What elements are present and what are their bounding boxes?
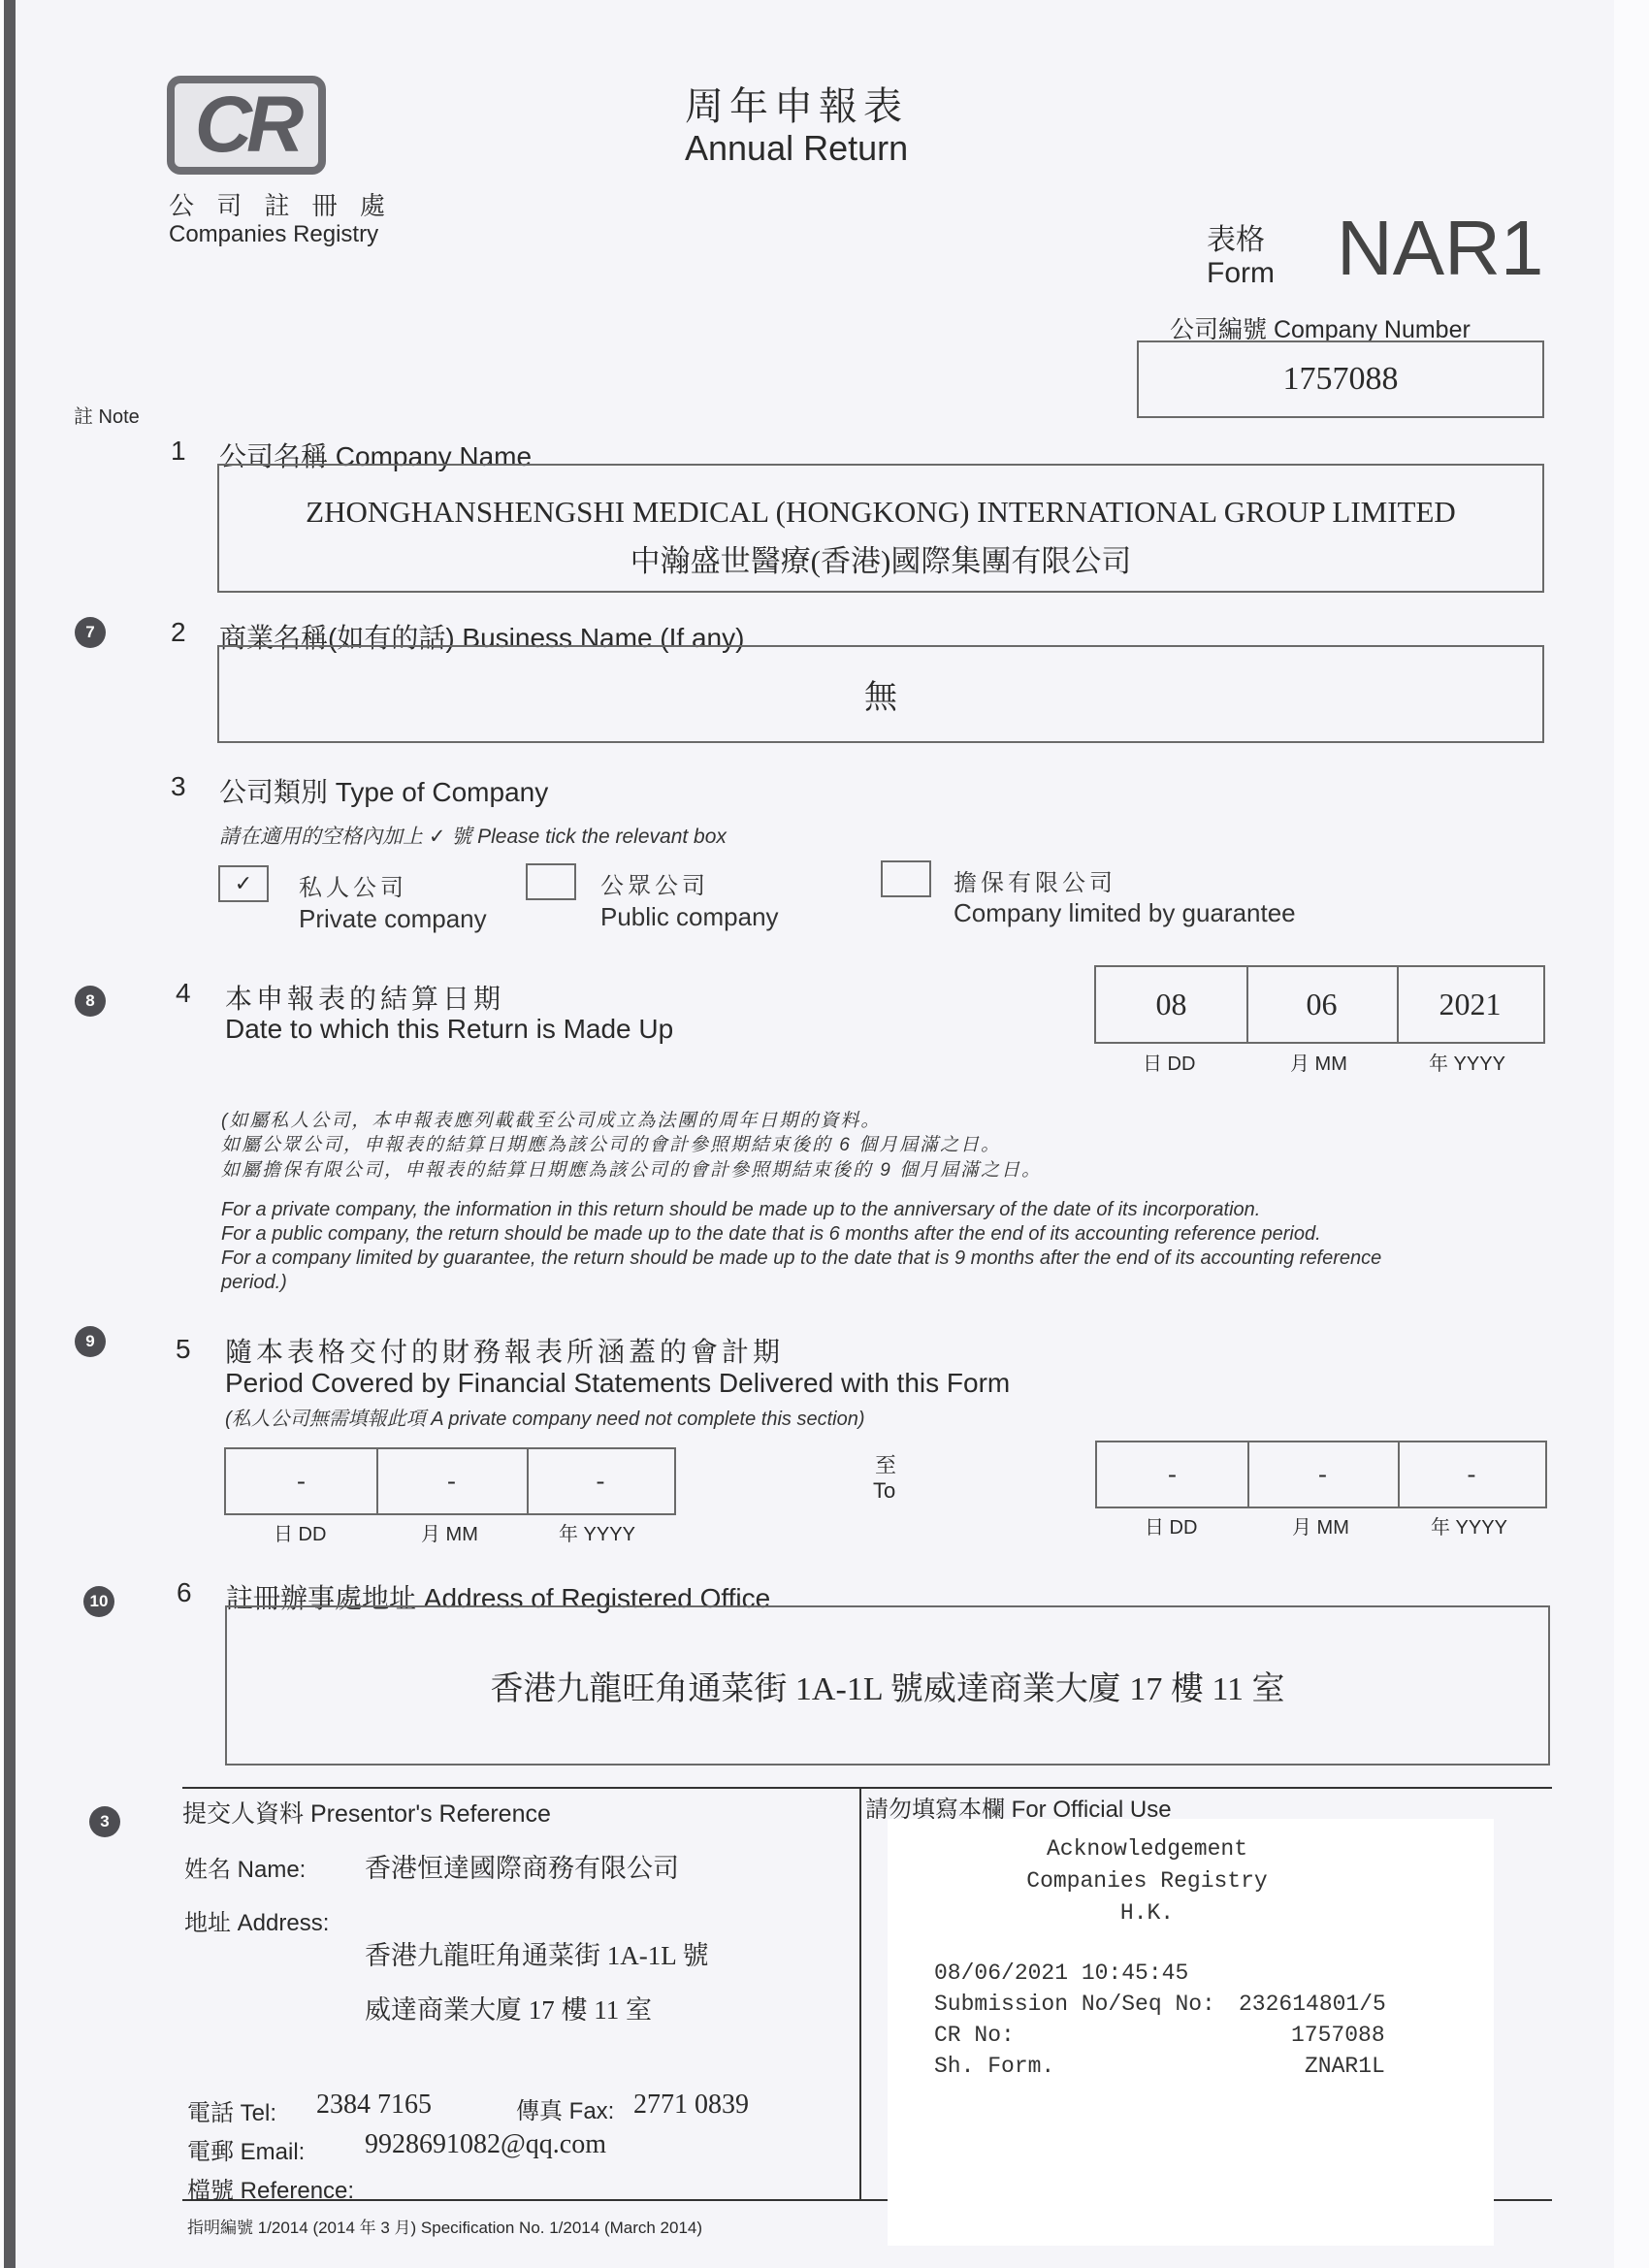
year-label: 年 YYYY — [1429, 1048, 1505, 1076]
presenter-fax: 2771 0839 — [633, 2090, 749, 2121]
registered-office-field[interactable]: 香港九龍旺角通菜街 1A-1L 號威達商業大廈 17 樓 11 室 — [225, 1605, 1550, 1766]
note-badge-9: 9 — [75, 1326, 106, 1357]
presenter-title: 提交人資料 Presentor's Reference — [182, 1795, 551, 1830]
company-number-field[interactable]: 1757088 — [1137, 340, 1544, 418]
period-to-day[interactable]: - — [1097, 1442, 1249, 1507]
return-date-field[interactable]: 08 06 2021 — [1094, 965, 1545, 1044]
day-label: 日 DD — [1143, 1048, 1195, 1076]
return-note-en-2: For a public company, the return should … — [221, 1223, 1321, 1246]
financial-period-sublabel: (私人公司無需填報此項 A private company need not c… — [225, 1403, 865, 1431]
presenter-email: 9928691082@qq.com — [365, 2129, 606, 2160]
guarantee-company-label-en: Company limited by guarantee — [954, 898, 1296, 928]
return-note-en-1: For a private company, the information i… — [221, 1199, 1260, 1221]
guarantee-company-label-zh: 擔保有限公司 — [954, 863, 1116, 897]
public-company-label-en: Public company — [600, 902, 779, 932]
receipt-submission-value: 232614801/5 — [1239, 1992, 1386, 2017]
note-badge-3: 3 — [89, 1806, 120, 1837]
period-from-month[interactable]: - — [376, 1449, 529, 1513]
acknowledgement-receipt: Acknowledgement Companies Registry H.K. … — [888, 1819, 1494, 2246]
registry-name-zh: 公 司 註 冊 處 — [169, 186, 393, 222]
period-to-month[interactable]: - — [1247, 1442, 1400, 1507]
section-1-number: 1 — [171, 436, 186, 467]
private-company-checkbox[interactable]: ✓ — [218, 865, 269, 902]
return-note-zh-2: 如屬公眾公司，申報表的結算日期應為該公司的會計參照期結束後的 6 個月屆滿之日。 — [221, 1130, 1001, 1156]
presenter-tel: 2384 7165 — [316, 2090, 432, 2121]
to-month-label: 月 MM — [1292, 1511, 1349, 1539]
receipt-form-value: ZNAR1L — [1305, 2054, 1385, 2079]
private-company-label-en: Private company — [299, 904, 487, 934]
presenter-reference-label: 檔號 Reference: — [187, 2171, 354, 2205]
receipt-line-3: H.K. — [888, 1900, 1406, 1926]
return-date-month[interactable]: 06 — [1246, 967, 1399, 1042]
period-to-year[interactable]: - — [1398, 1442, 1545, 1507]
return-note-en-4: period.) — [221, 1272, 287, 1294]
note-badge-7: 7 — [75, 617, 106, 648]
company-number-value: 1757088 — [1283, 361, 1399, 398]
section-4-number: 4 — [176, 978, 191, 1009]
presenter-name-label: 姓名 Name: — [184, 1850, 306, 1884]
receipt-form-label: Sh. Form. — [934, 2054, 1054, 2079]
to-label-en: To — [873, 1478, 895, 1504]
receipt-submission-label: Submission No/Seq No: — [934, 1992, 1215, 2017]
month-label: 月 MM — [1290, 1048, 1347, 1076]
companies-registry-logo: CR — [167, 76, 326, 175]
financial-period-label-zh: 隨本表格交付的財務報表所涵蓋的會計期 — [225, 1331, 784, 1370]
company-name-zh: 中瀚盛世醫療(香港)國際集團有限公司 — [219, 536, 1542, 580]
scan-edge — [4, 0, 16, 2268]
financial-period-label-en: Period Covered by Financial Statements D… — [225, 1368, 1010, 1399]
from-year-label: 年 YYYY — [559, 1518, 635, 1546]
registered-office-value: 香港九龍旺角通菜街 1A-1L 號威達商業大廈 17 樓 11 室 — [490, 1662, 1284, 1709]
private-company-label-zh: 私人公司 — [299, 868, 407, 902]
receipt-cr-value: 1757088 — [1291, 2023, 1385, 2048]
period-to-field[interactable]: - - - — [1095, 1441, 1547, 1508]
note-badge-10: 10 — [83, 1586, 114, 1617]
business-name-value: 無 — [864, 670, 897, 718]
presenter-fax-label: 傳真 Fax: — [516, 2091, 614, 2125]
check-mark-icon: ✓ — [235, 871, 252, 896]
section-2-number: 2 — [171, 617, 186, 648]
business-name-field[interactable]: 無 — [217, 645, 1544, 743]
receipt-timestamp: 08/06/2021 10:45:45 — [934, 1960, 1188, 1986]
from-day-label: 日 DD — [274, 1518, 326, 1546]
note-badge-8: 8 — [75, 986, 106, 1017]
guarantee-company-checkbox[interactable] — [881, 860, 931, 897]
form-title-zh: 周年申報表 — [685, 76, 908, 131]
return-date-day[interactable]: 08 — [1096, 967, 1248, 1042]
form-code: NAR1 — [1337, 204, 1543, 293]
return-note-zh-1: (如屬私人公司，本申報表應列載截至公司成立為法團的周年日期的資料。 — [221, 1106, 881, 1132]
receipt-line-2: Companies Registry — [888, 1868, 1406, 1894]
registry-name-en: Companies Registry — [169, 221, 378, 248]
public-company-label-zh: 公眾公司 — [600, 866, 709, 900]
note-column-label: 註 Note — [74, 401, 140, 429]
section-3-number: 3 — [171, 771, 186, 802]
form-title-en: Annual Return — [685, 128, 908, 169]
return-date-year[interactable]: 2021 — [1397, 967, 1543, 1042]
presenter-divider — [859, 1787, 861, 2199]
company-type-label: 公司類別 Type of Company — [219, 771, 548, 810]
public-company-checkbox[interactable] — [526, 863, 576, 900]
presenter-top-rule — [182, 1787, 1552, 1789]
form-label-zh: 表格 — [1207, 215, 1265, 258]
receipt-line-1: Acknowledgement — [888, 1836, 1406, 1862]
company-name-en: ZHONGHANSHENGSHI MEDICAL (HONGKONG) INTE… — [219, 495, 1542, 530]
to-year-label: 年 YYYY — [1431, 1511, 1507, 1539]
section-6-number: 6 — [177, 1577, 192, 1608]
period-from-field[interactable]: - - - — [224, 1447, 676, 1515]
specification-footer: 指明編號 1/2014 (2014 年 3 月) Specification N… — [187, 2214, 702, 2238]
period-from-year[interactable]: - — [527, 1449, 674, 1513]
return-note-zh-3: 如屬擔保有限公司，申報表的結算日期應為該公司的會計參照期結束後的 9 個月屆滿之… — [221, 1155, 1042, 1182]
receipt-cr-label: CR No: — [934, 2023, 1015, 2048]
return-note-en-3: For a company limited by guarantee, the … — [221, 1247, 1381, 1270]
return-date-label-zh: 本申報表的結算日期 — [225, 978, 504, 1017]
company-name-field[interactable]: ZHONGHANSHENGSHI MEDICAL (HONGKONG) INTE… — [217, 464, 1544, 593]
presenter-address-label: 地址 Address: — [184, 1903, 329, 1937]
presenter-tel-label: 電話 Tel: — [187, 2093, 276, 2127]
to-label-zh: 至 — [875, 1449, 896, 1479]
from-month-label: 月 MM — [421, 1518, 478, 1546]
form-label-en: Form — [1207, 257, 1275, 290]
presenter-name: 香港恒達國際商務有限公司 — [365, 1847, 679, 1885]
to-day-label: 日 DD — [1145, 1511, 1197, 1539]
company-type-instruction: 請在適用的空格內加上 ✓ 號 Please tick the relevant … — [219, 821, 727, 850]
section-5-number: 5 — [176, 1334, 191, 1365]
return-date-label-en: Date to which this Return is Made Up — [225, 1014, 673, 1045]
presenter-address-line-1: 香港九龍旺角通菜街 1A-1L 號 — [365, 1934, 708, 1972]
presenter-address-line-2: 威達商業大廈 17 樓 11 室 — [365, 1989, 652, 2026]
period-from-day[interactable]: - — [226, 1449, 378, 1513]
presenter-email-label: 電郵 Email: — [187, 2132, 305, 2166]
